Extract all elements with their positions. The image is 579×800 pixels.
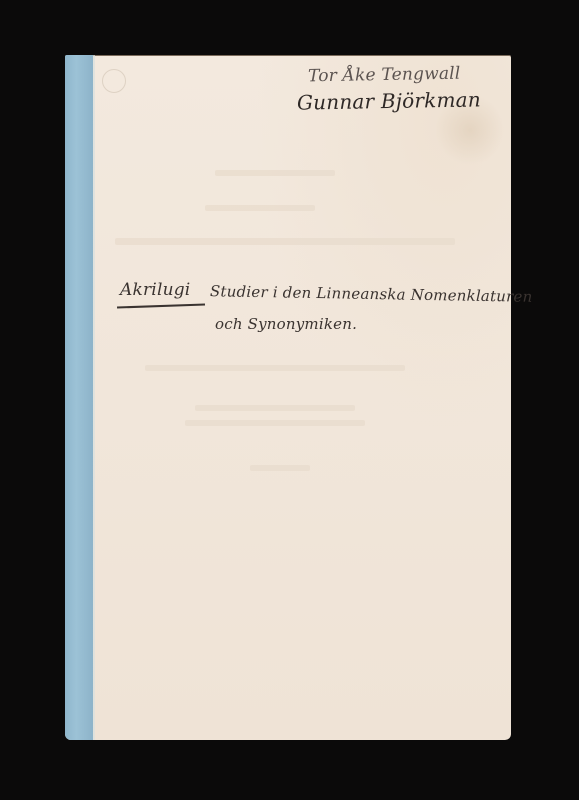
blue-spine bbox=[65, 55, 93, 740]
spine-edge bbox=[93, 55, 95, 740]
handwritten-title-line-2: och Synonymiken. bbox=[215, 315, 357, 333]
faint-print-line bbox=[145, 365, 405, 371]
handwritten-title-line-1: Studier i den Linneanska Nomenklaturen bbox=[210, 282, 533, 306]
faint-circle-mark bbox=[102, 69, 126, 93]
dedication-inscription: Tor Åke Tengwall bbox=[308, 64, 461, 87]
author-signature: Gunnar Björkman bbox=[297, 87, 481, 114]
label-underline bbox=[117, 303, 205, 308]
faint-print-line bbox=[215, 170, 335, 176]
faint-print-line bbox=[185, 420, 365, 426]
faint-print-line bbox=[205, 205, 315, 211]
faint-print-line bbox=[250, 465, 310, 471]
faint-print-line bbox=[115, 238, 455, 245]
faint-print-line bbox=[195, 405, 355, 411]
handwritten-label: Akrilugi bbox=[120, 280, 190, 300]
booklet-cover: Tor Åke Tengwall Gunnar Björkman Akrilug… bbox=[65, 55, 511, 740]
